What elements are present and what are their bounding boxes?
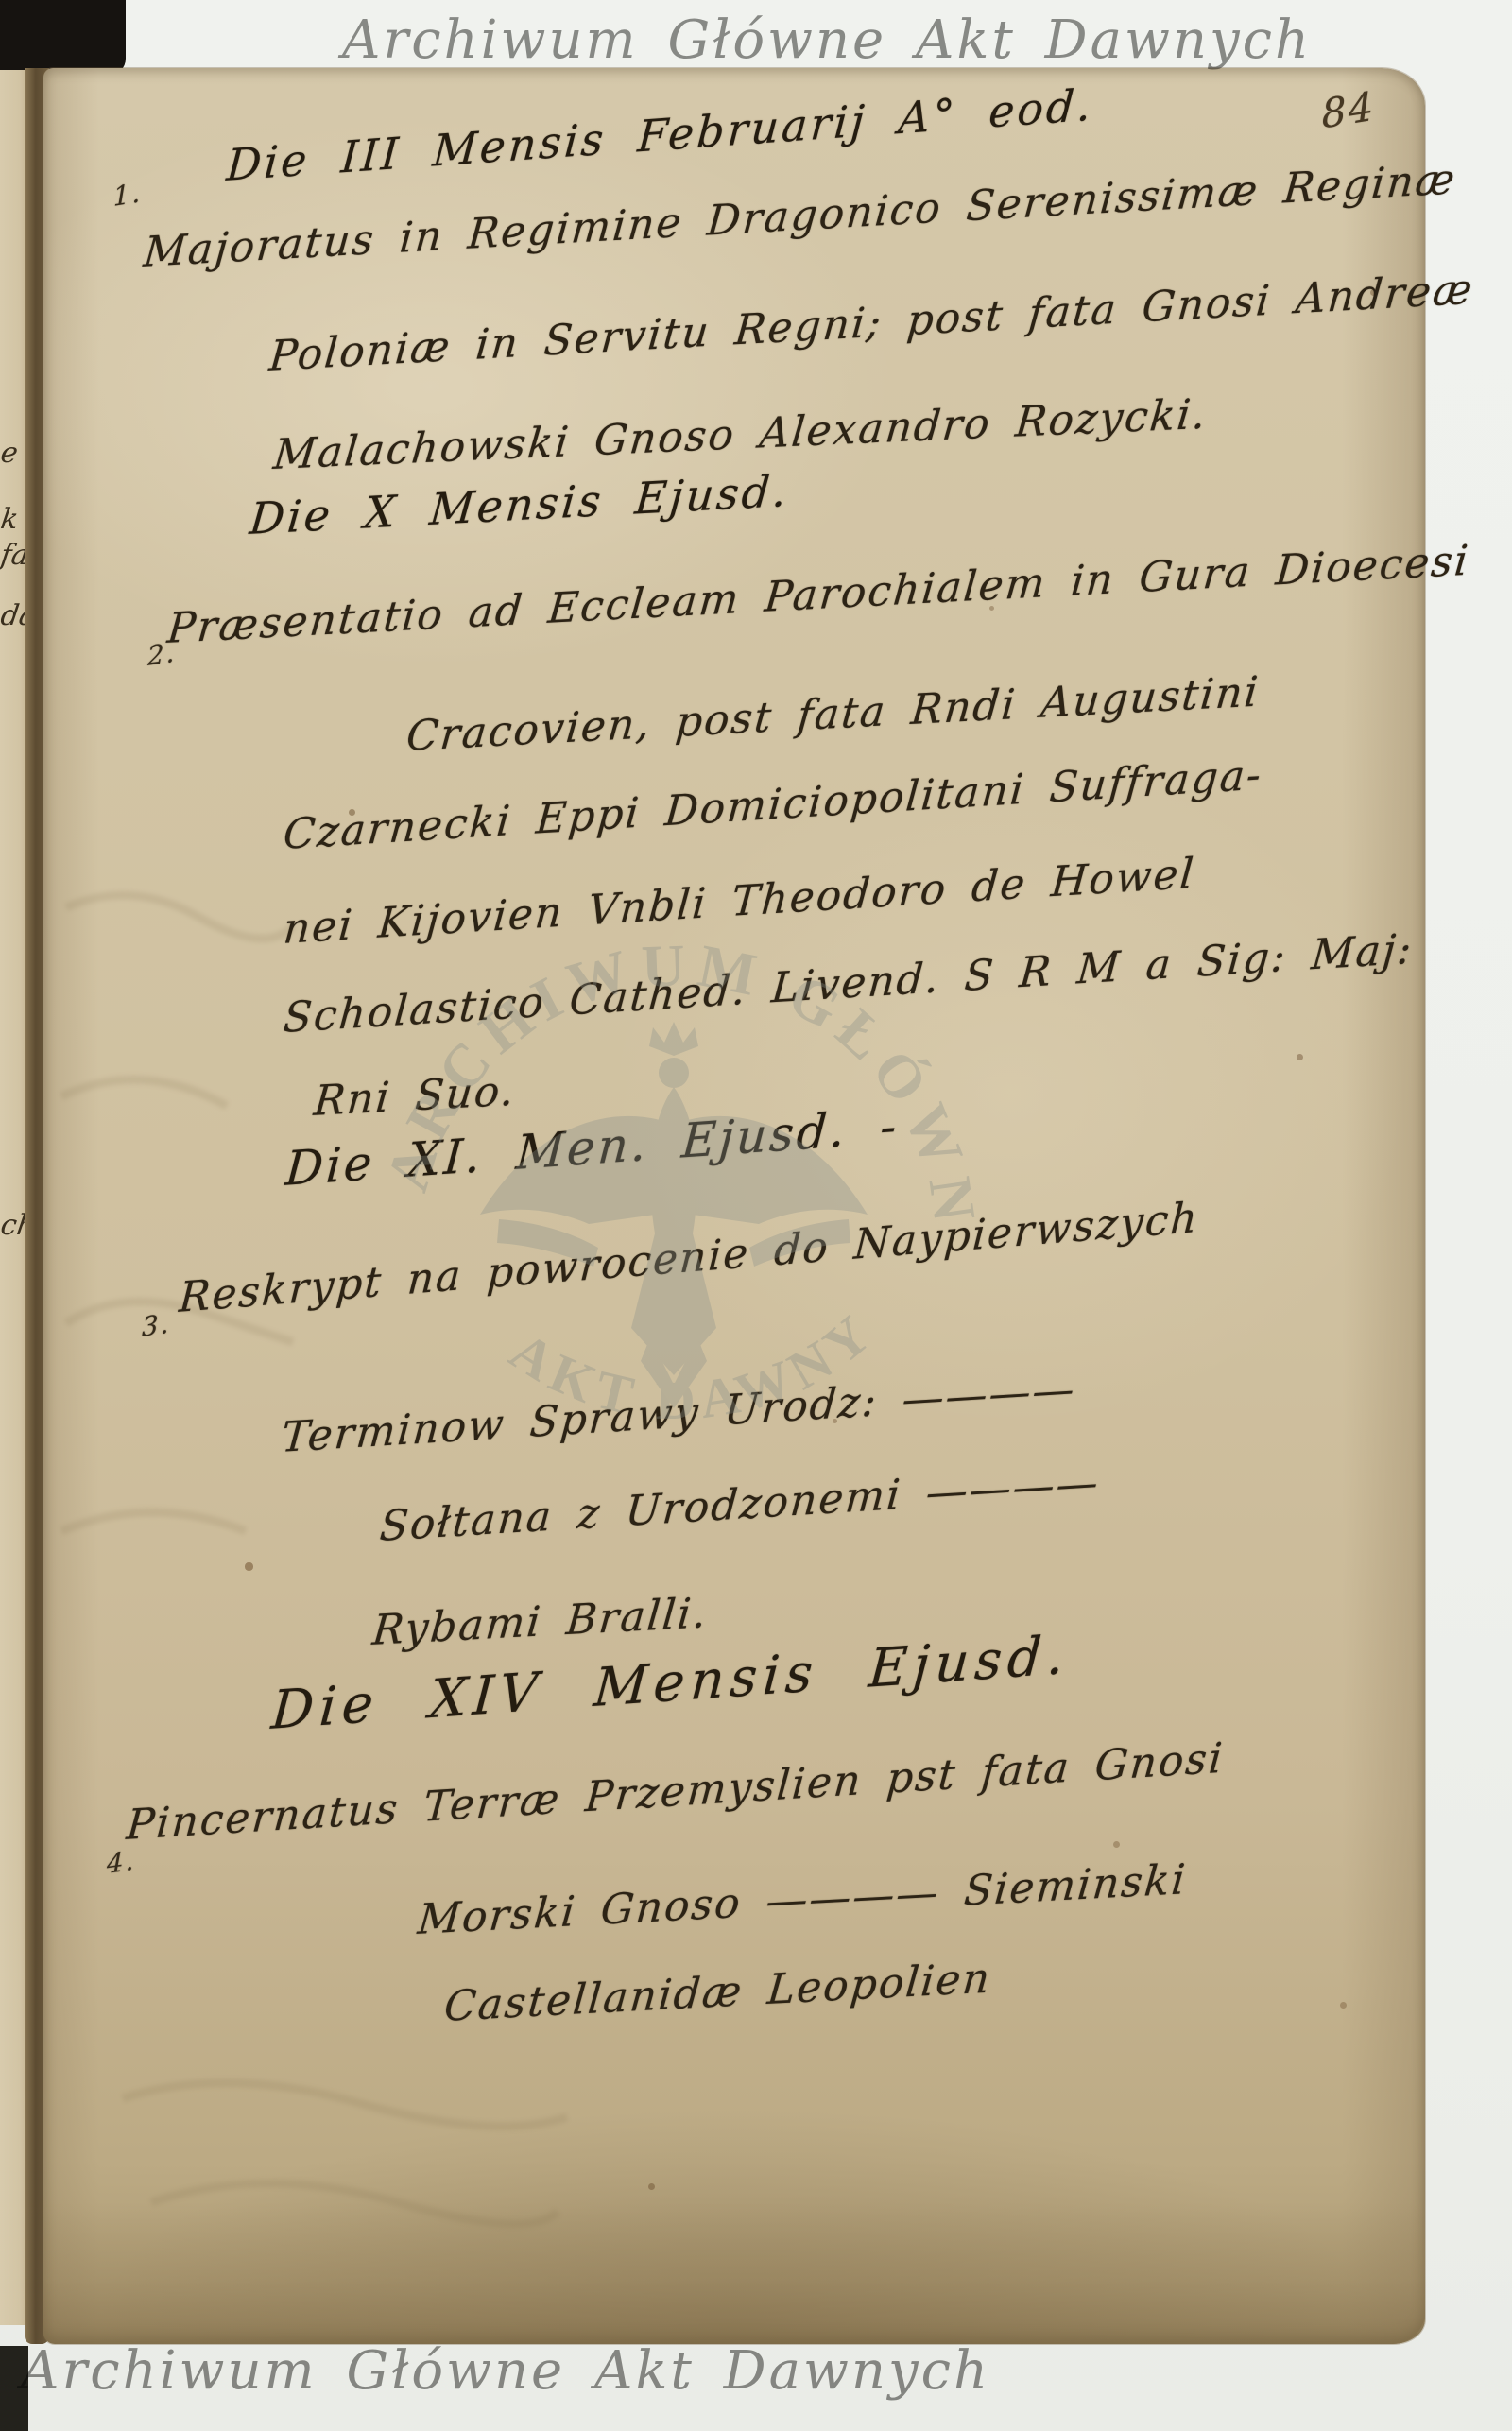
margin-fragment: k — [0, 503, 21, 536]
paper-speckles — [0, 0, 3, 3]
archive-watermark-top: Archiwum Główne Akt Dawnych — [342, 9, 1312, 71]
archive-stamp-watermark: ARCHIWUM GŁÓWNE AKT DAWNYCH — [367, 931, 990, 1555]
binding-shadow-top — [0, 0, 126, 76]
bleedthrough-ghost — [113, 2060, 586, 2268]
bleedthrough-ghost — [57, 870, 302, 1720]
archive-watermark-bottom: Archiwum Główne Akt Dawnych — [21, 2340, 990, 2402]
margin-fragment: e — [0, 437, 20, 470]
manuscript-scan: e k fa da ch. ARCHIWUM GŁÓWNE AKT DAWNYC… — [0, 0, 1512, 2431]
